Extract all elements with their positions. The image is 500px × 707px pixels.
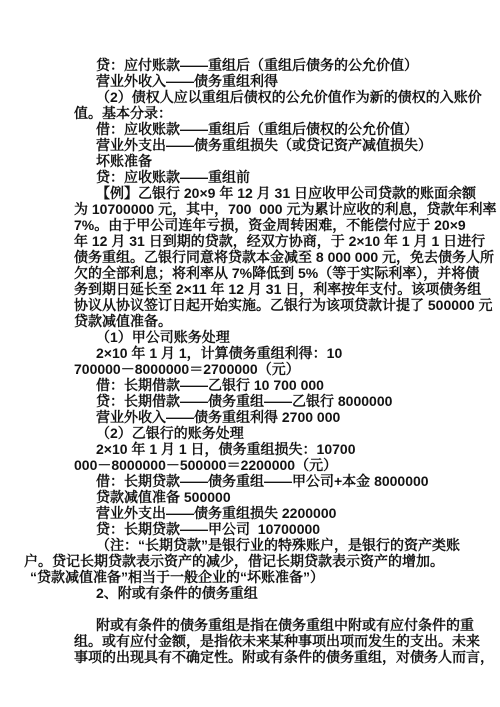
text-line: （注：“长期贷款”是银行业的特殊账户，是银行的资产类账 bbox=[96, 537, 500, 553]
text-line: （2）债权人应以重组后债权的公允价值作为新的债权的入账价 bbox=[96, 89, 500, 105]
text-line: 营业外收入——债务重组利得 2700 000 bbox=[96, 409, 500, 425]
text-line: 贷：长期借款——债务重组——乙银行 8000000 bbox=[96, 393, 500, 409]
text-line: 2、附或有条件的债务重组 bbox=[96, 585, 500, 601]
text-line: 700000－8000000＝2700000（元） bbox=[74, 361, 500, 377]
text-line: 务到期日延长至 2×11 年 12 月 31 日，利率按年支付。该项债务组 bbox=[74, 281, 500, 297]
text-line: 坏账准备 bbox=[96, 153, 500, 169]
text-line: 年 12 月 31 日到期的贷款，经双方协商，于 2×10 年 1 月 1 日进… bbox=[74, 233, 500, 249]
text-line: 000－8000000－500000＝2200000（元） bbox=[74, 457, 500, 473]
text-line: 营业外支出——债务重组损失 2200000 bbox=[96, 505, 500, 521]
text-line: 贷：长期贷款——甲公司 10700000 bbox=[96, 521, 500, 537]
text-line: 协议从协议签订日起开始实施。乙银行为该项贷款计提了 500000 元 bbox=[74, 297, 500, 313]
text-line: “贷款减值准备”相当于一般企业的“坏账准备”） bbox=[30, 569, 500, 585]
text-line: 营业外支出——债务重组损失（或贷记资产减值损失） bbox=[96, 137, 500, 153]
text-line: 贷：应付账款——重组后（重组后债务的公允价值） bbox=[96, 57, 500, 73]
text-line: （2）乙银行的账务处理 bbox=[96, 425, 500, 441]
text-line: 事项的出现具有不确定性。附或有条件的债务重组，对债务人而言， bbox=[74, 649, 500, 665]
document-page: 贷：应付账款——重组后（重组后债务的公允价值）营业外收入——债务重组利得（2）债… bbox=[0, 0, 500, 707]
text-line: 债务重组。乙银行同意将贷款本金减至 8 000 000 元，免去债务人所 bbox=[74, 249, 500, 265]
text-line: 2×10 年 1 月 1 日，债务重组损失：10700 bbox=[96, 441, 500, 457]
text-line: 2×10 年 1 月 1，计算债务重组利得：10 bbox=[96, 345, 500, 361]
text-line: 欠的全部利息；将利率从 7%降低到 5%（等于实际利率），并将债 bbox=[74, 265, 500, 281]
text-line: 【例】乙银行 20×9 年 12 月 31 日应收甲公司贷款的账面余额 bbox=[96, 185, 500, 201]
text-line: 附或有条件的债务重组是指在债务重组中附或有应付条件的重 bbox=[96, 617, 500, 633]
text-line: 7%。由于甲公司连年亏损，资金周转困难，不能偿付应于 20×9 bbox=[74, 217, 500, 233]
text-line: 户。贷记长期贷款表示资产的减少，借记长期贷款表示资产的增加。 bbox=[24, 553, 500, 569]
document-text: 贷：应付账款——重组后（重组后债务的公允价值）营业外收入——债务重组利得（2）债… bbox=[0, 0, 500, 665]
text-line: 组。或有应付金额，是指依未来某种事项出项而发生的支出。未来 bbox=[74, 633, 500, 649]
text-line: 借：长期借款——乙银行 10 700 000 bbox=[96, 377, 500, 393]
text-line: 贷：应收账款——重组前 bbox=[96, 169, 500, 185]
text-line: 值。基本分录： bbox=[74, 105, 500, 121]
text-line: 为 10700000 元，其中，700 000 元为累计应收的利息，贷款年利率 bbox=[74, 201, 500, 217]
text-line: 贷款减值准备。 bbox=[74, 313, 500, 329]
text-line: 借：应收账款——重组后（重组后债权的公允价值） bbox=[96, 121, 500, 137]
text-line: 借：长期贷款——债务重组——甲公司+本金 8000000 bbox=[96, 473, 500, 489]
text-line: 贷款减值准备 500000 bbox=[96, 489, 500, 505]
blank-line bbox=[0, 601, 500, 617]
text-line: 营业外收入——债务重组利得 bbox=[96, 73, 500, 89]
text-line: （1）甲公司账务处理 bbox=[96, 329, 500, 345]
